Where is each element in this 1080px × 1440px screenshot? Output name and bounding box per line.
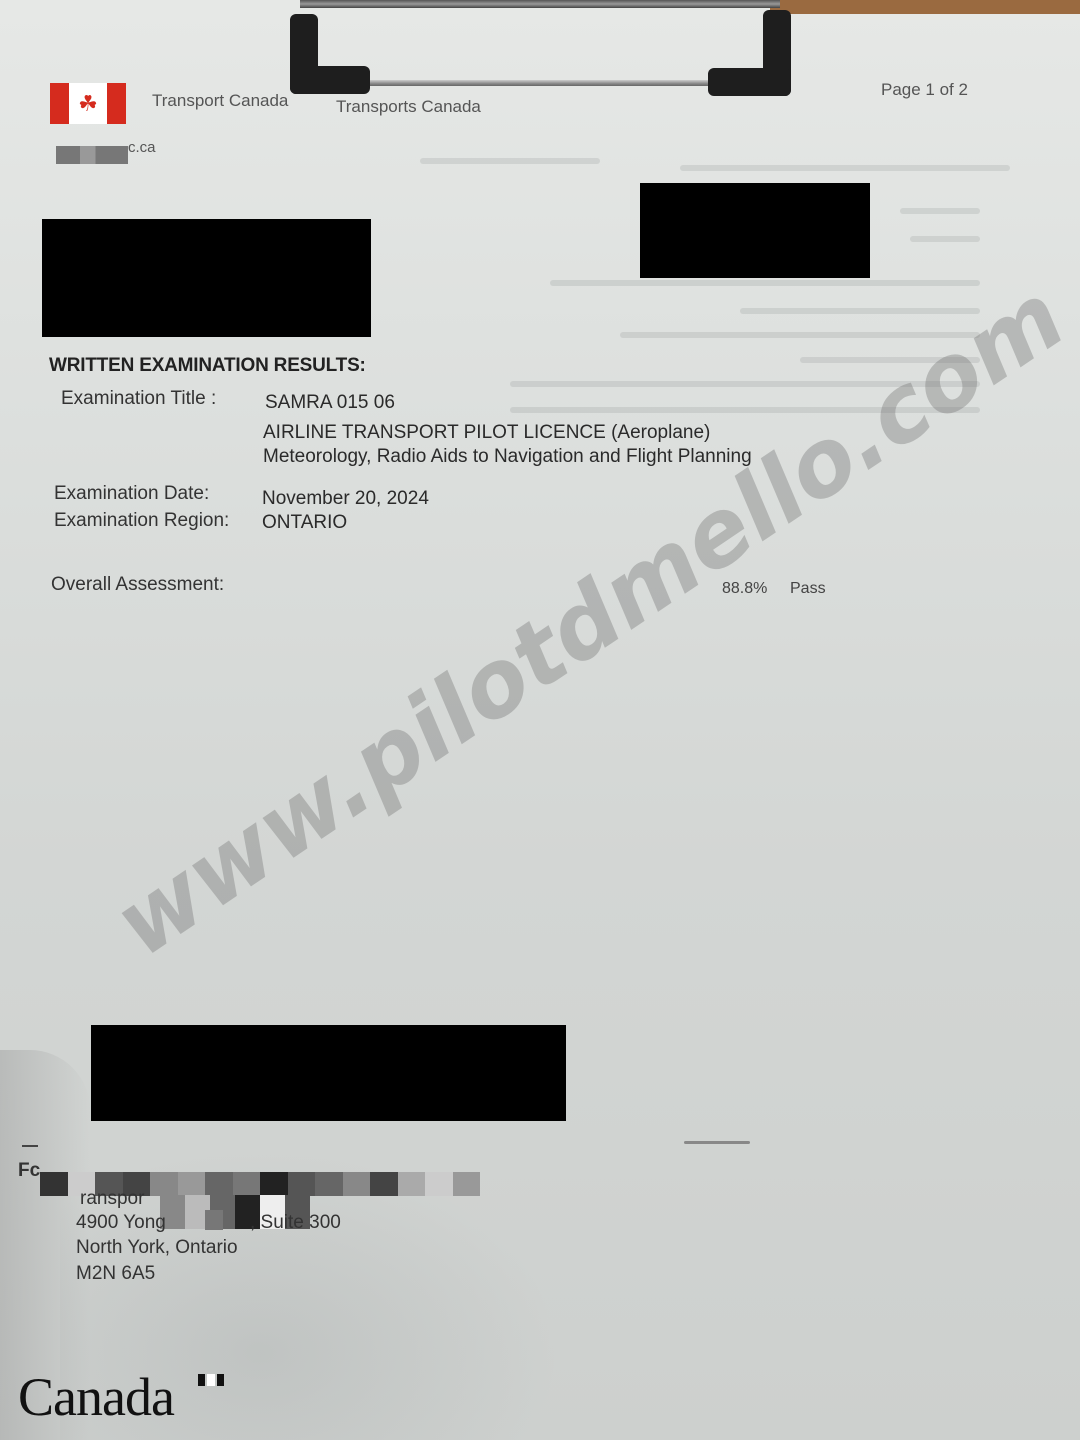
address-line-4: M2N 6A5 [76, 1263, 155, 1285]
ghost-text [680, 165, 1010, 171]
overall-assessment-label: Overall Assessment: [51, 574, 224, 596]
ghost-text [420, 158, 600, 164]
exam-region-label: Examination Region: [54, 510, 229, 532]
from-label-fragment: Fc [18, 1160, 40, 1182]
clipboard-board [770, 0, 1080, 14]
exam-code: SAMRA 015 06 [265, 392, 395, 414]
canada-wordmark: Canada [18, 1366, 174, 1428]
pixelated-address-gap [205, 1210, 223, 1230]
exam-date-label: Examination Date: [54, 483, 209, 505]
ghost-text [900, 208, 980, 214]
exam-subject: Meteorology, Radio Aids to Navigation an… [263, 446, 752, 468]
canada-wordmark-flag-icon [198, 1374, 224, 1386]
email-fragment: c.ca [128, 139, 156, 156]
department-name-fr: Transports Canada [336, 97, 481, 117]
clipboard-clip-rod [360, 80, 720, 86]
exam-region: ONTARIO [262, 512, 347, 534]
clipboard-clip-right [708, 68, 791, 96]
divider [684, 1141, 750, 1144]
ghost-text [740, 308, 980, 314]
page-indicator: Page 1 of 2 [881, 80, 968, 100]
address-line-3: North York, Ontario [76, 1237, 238, 1259]
department-name-en: Transport Canada [152, 91, 288, 111]
pixelated-email [56, 146, 128, 164]
redacted-recipient-block [42, 219, 371, 337]
divider [22, 1145, 38, 1147]
exam-name: AIRLINE TRANSPORT PILOT LICENCE (Aeropla… [263, 422, 710, 444]
exam-title-label: Examination Title : [61, 388, 216, 410]
ghost-text [550, 280, 980, 286]
address-line-2-end: , Suite 300 [250, 1212, 341, 1234]
clipboard-clip-left [290, 66, 370, 94]
section-title: WRITTEN EXAMINATION RESULTS: [49, 355, 366, 377]
redacted-reference-block [640, 183, 870, 278]
address-line-1: ranspor [80, 1188, 144, 1210]
address-line-2-start: 4900 Yong [76, 1212, 166, 1234]
clipboard-clip-bar [300, 0, 780, 8]
exam-date: November 20, 2024 [262, 488, 429, 510]
redacted-signature-block [91, 1025, 566, 1121]
ghost-text [910, 236, 980, 242]
overall-score: 88.8% [722, 580, 767, 598]
overall-result: Pass [790, 580, 826, 598]
canada-flag-icon: ☘ [50, 83, 126, 124]
